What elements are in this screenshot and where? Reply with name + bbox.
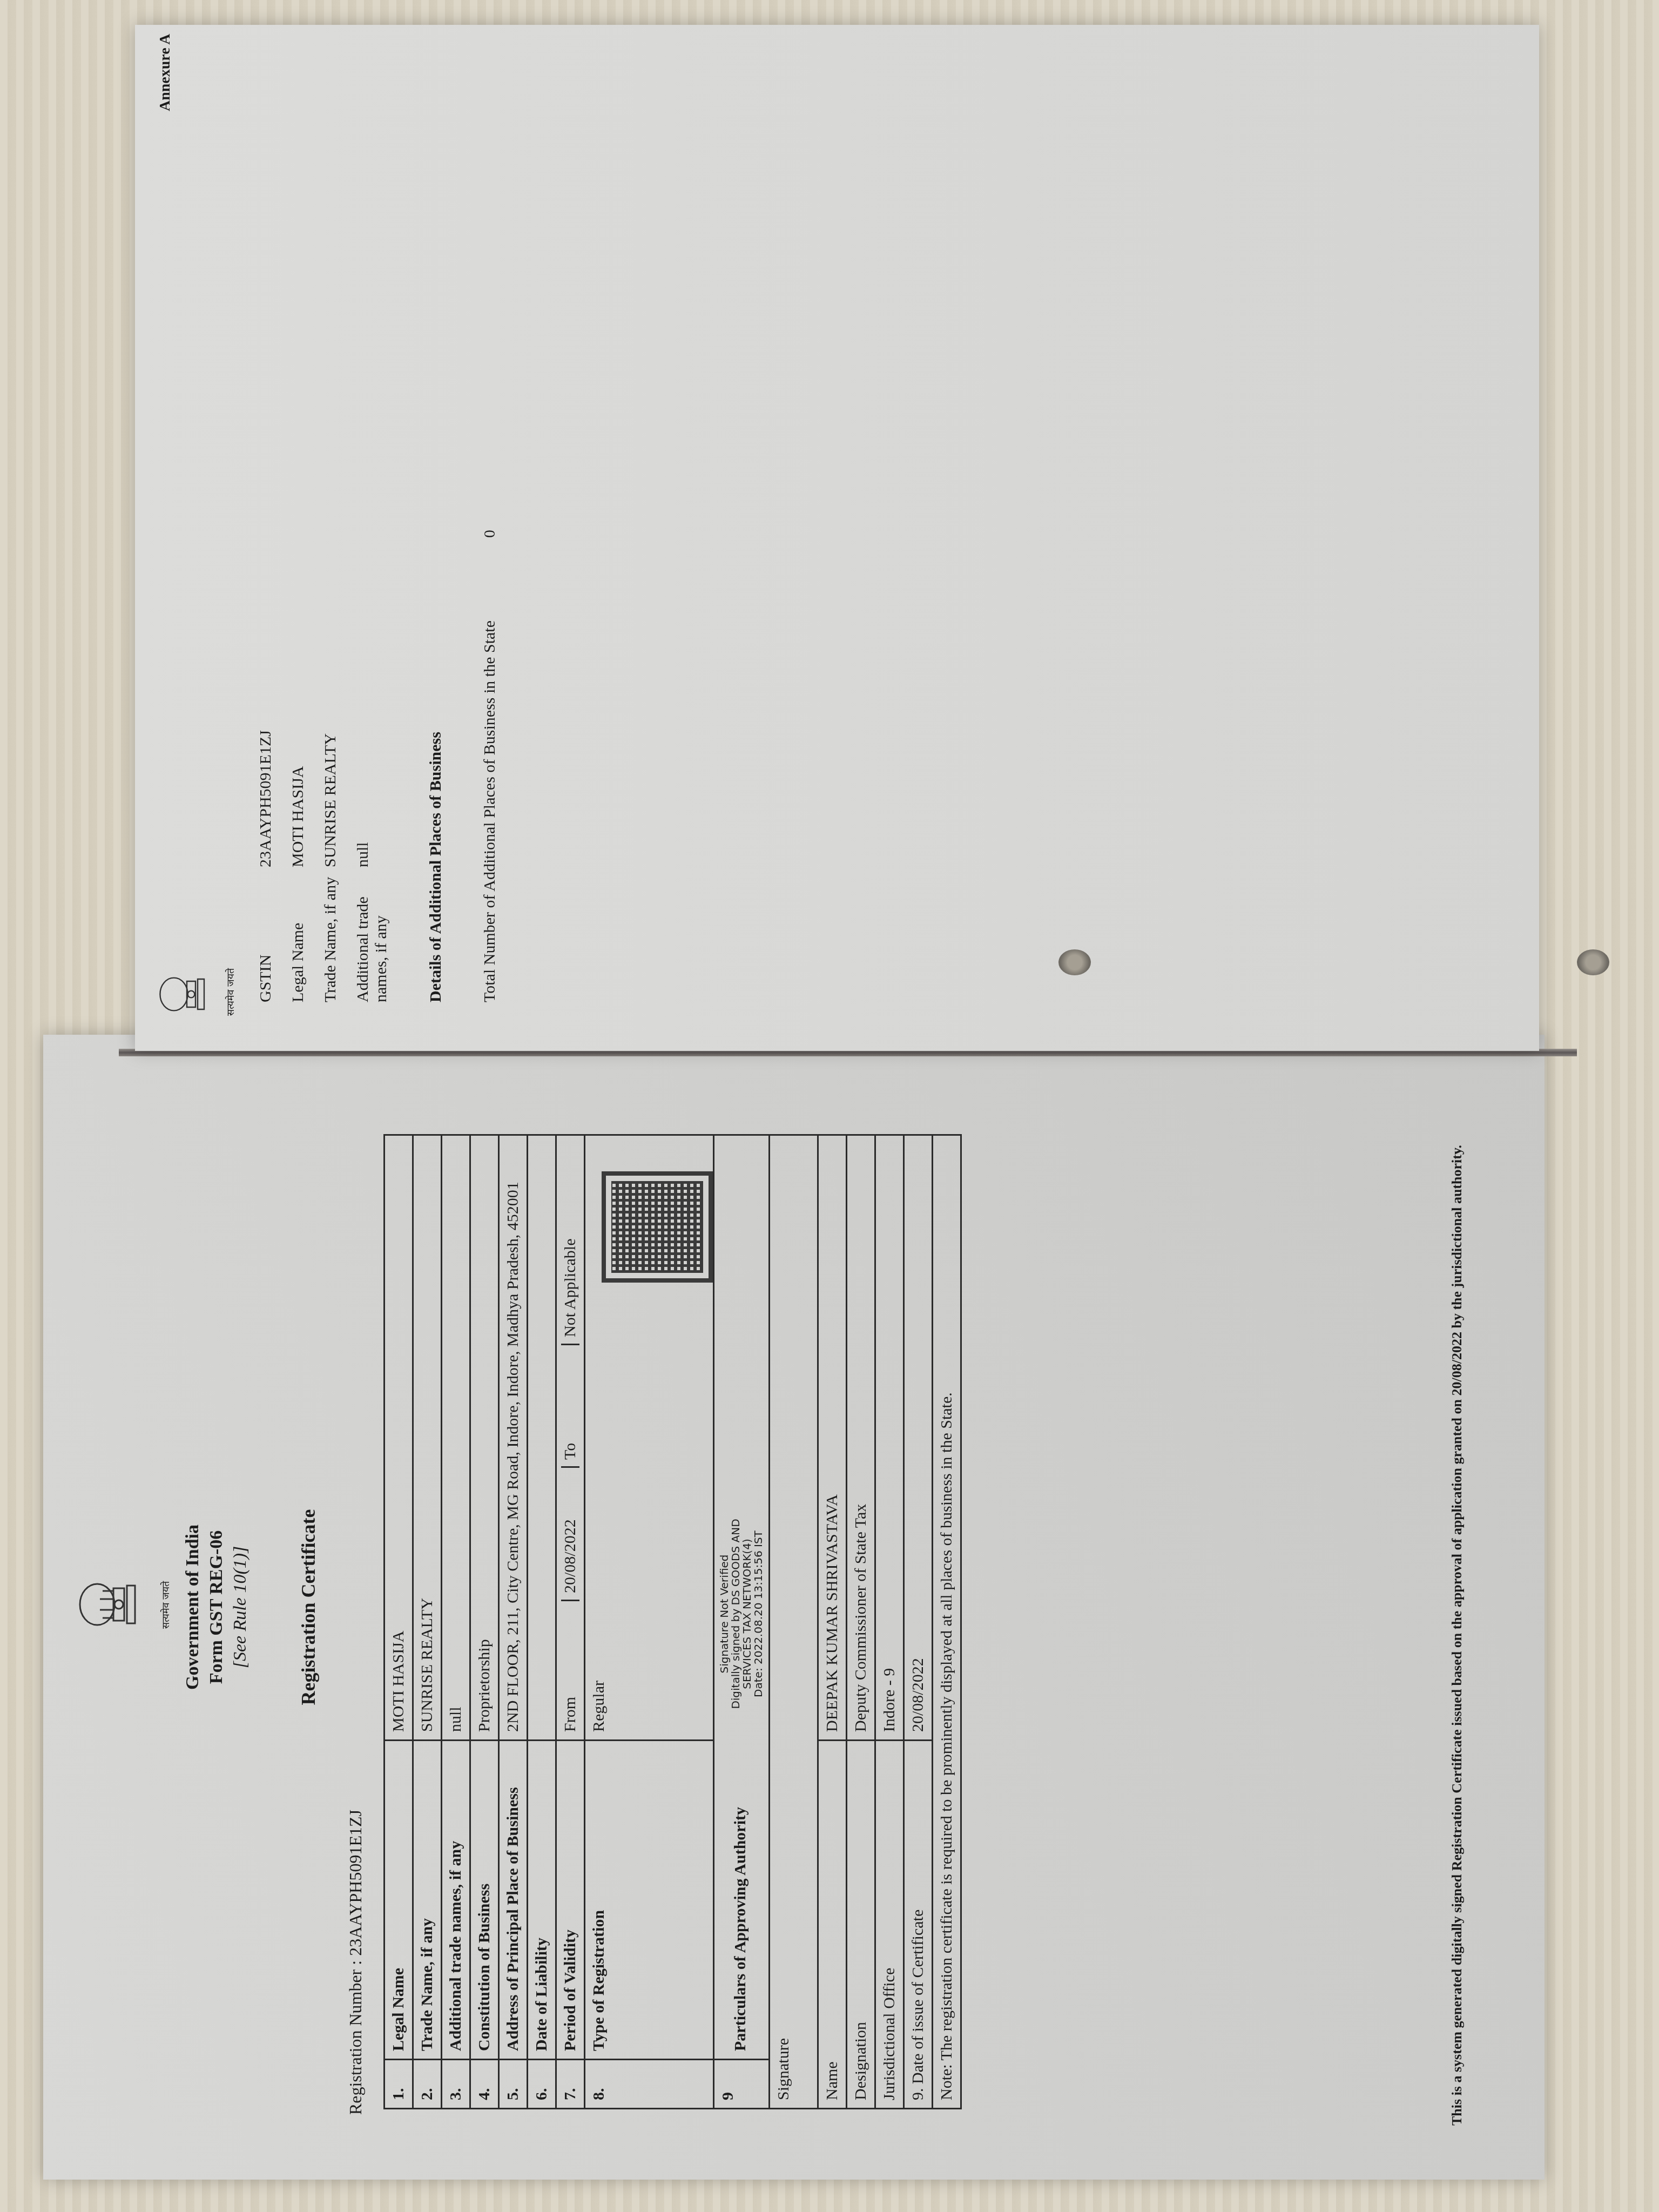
authority-label: Jurisdictional Office — [875, 1741, 904, 2109]
punch-hole — [1577, 949, 1609, 975]
annexure-field-value: MOTI HASIJA — [289, 766, 307, 868]
row-value: 2ND FLOOR, 211, City Centre, MG Road, In… — [499, 1135, 528, 1741]
additional-places-title: Details of Additional Places of Business — [427, 732, 445, 1002]
row-label: Address of Principal Place of Business — [499, 1741, 528, 2060]
annexure-field-label: Trade Name, if any — [321, 877, 340, 1002]
row-label: Additional trade names, if any — [442, 1741, 470, 2060]
signature-signed-by: Digitally signed by DS GOODS AND SERVICE… — [730, 1506, 753, 1722]
authority-value: 20/08/2022 — [904, 1135, 933, 1741]
table-row: 1. Legal Name MOTI HASIJA — [385, 1135, 413, 2109]
row-number: 3. — [442, 2060, 470, 2109]
annexure-page: Annexure A सत्यमेव जयते GSTIN 23AAYPH509… — [135, 25, 1539, 1051]
table-row: 8. Type of Registration Regular — [585, 1135, 714, 2109]
authority-value: DEEPAK KUMAR SHRIVASTAVA — [818, 1135, 847, 1741]
table-row: 6. Date of Liability — [528, 1135, 556, 2109]
qr-code-icon — [606, 1176, 709, 1278]
table-row: 5. Address of Principal Place of Busines… — [499, 1135, 528, 2109]
row-number: 6. — [528, 2060, 556, 2109]
row-number: 4. — [470, 2060, 499, 2109]
validity-to-date: Not Applicable — [561, 1232, 579, 1337]
row-value: SUNRISE REALTY — [413, 1135, 442, 1741]
emblem-caption: सत्यमेव जयते — [159, 1581, 172, 1629]
certificate-footer: This is a system generated digitally sig… — [1447, 1100, 1466, 2126]
approving-authority-cell: Particulars of Approving Authority Signa… — [714, 1135, 770, 2060]
row-number: 9 — [714, 2060, 770, 2109]
annexure-field-value: SUNRISE REALTY — [321, 733, 340, 867]
annexure-field-label: GSTIN — [257, 955, 275, 1002]
validity-to-label: To — [561, 1344, 579, 1460]
row-number: 1. — [385, 2060, 413, 2109]
row-label: Legal Name — [385, 1741, 413, 2060]
certificate-note: Note: The registration certificate is re… — [933, 1135, 961, 2109]
additional-places-count: 0 — [481, 530, 499, 538]
header-form: Form GST REG-06 — [205, 1418, 228, 1796]
authority-row: 9. Date of issue of Certificate 20/08/20… — [904, 1135, 933, 2109]
punch-hole — [1058, 949, 1091, 975]
registration-number-value: 23AAYPH5091E1ZJ — [346, 1810, 365, 1956]
authority-value: Indore - 9 — [875, 1135, 904, 1741]
emblem-caption: सत्यमेव जयते — [224, 968, 237, 1016]
table-row: 9 Particulars of Approving Authority Sig… — [714, 1135, 770, 2109]
national-emblem-icon — [157, 970, 221, 1019]
signature-date: Date: 2022.08.20 13:15:56 IST — [753, 1506, 764, 1722]
certificate-table: 1. Legal Name MOTI HASIJA 2. Trade Name,… — [383, 1134, 962, 2109]
authority-label: 9. Date of issue of Certificate — [904, 1741, 933, 2109]
validity-from-label: From — [561, 1600, 579, 1732]
table-row: 4. Constitution of Business Proprietorsh… — [470, 1135, 499, 2109]
national-emblem-icon — [76, 1575, 157, 1634]
row-number: 7. — [556, 2060, 585, 2109]
authority-label: Name — [818, 1741, 847, 2109]
authority-value: Deputy Commissioner of State Tax — [847, 1135, 875, 1741]
header-government: Government of India — [181, 1418, 205, 1796]
registration-number: Registration Number : 23AAYPH5091E1ZJ — [346, 1810, 366, 2115]
annexure-title: Annexure A — [157, 34, 174, 111]
signature-label: Signature — [770, 1135, 818, 2109]
table-row: Signature — [770, 1135, 818, 2109]
row-value: null — [442, 1135, 470, 1741]
digital-signature: Signature Not Verified Digitally signed … — [719, 1506, 764, 1722]
row-value — [528, 1135, 556, 1741]
registration-type-value: Regular — [590, 1681, 608, 1732]
row-number: 2. — [413, 2060, 442, 2109]
annexure-field-value: 23AAYPH5091E1ZJ — [257, 730, 275, 867]
validity-from-date: 20/08/2022 — [561, 1466, 579, 1593]
annexure-field-value: null — [354, 842, 372, 867]
authority-row: Name DEEPAK KUMAR SHRIVASTAVA — [818, 1135, 847, 2109]
additional-places-label: Total Number of Additional Places of Bus… — [481, 621, 499, 1002]
certificate-header: Government of India Form GST REG-06 [See… — [181, 1418, 253, 1796]
certificate-page: सत्यमेव जयते Government of India Form GS… — [43, 1035, 1545, 2180]
row-label: Trade Name, if any — [413, 1741, 442, 2060]
row-label: Date of Liability — [528, 1741, 556, 2060]
validity-period: From 20/08/2022 To Not Applicable — [556, 1135, 585, 1741]
photo-stage: सत्यमेव जयते Government of India Form GS… — [0, 0, 1659, 2212]
authority-row: Jurisdictional Office Indore - 9 — [875, 1135, 904, 2109]
note-row: Note: The registration certificate is re… — [933, 1135, 961, 2109]
row-value: Proprietorship — [470, 1135, 499, 1741]
table-row: 3. Additional trade names, if any null — [442, 1135, 470, 2109]
registration-type: Regular — [585, 1135, 714, 1741]
row-label: Particulars of Approving Authority — [731, 1807, 749, 2051]
signature-status: Signature Not Verified — [719, 1506, 730, 1722]
annexure-field-label: Additional trade names, if any — [354, 873, 390, 1002]
registration-number-label: Registration Number : — [346, 1960, 365, 2115]
row-number: 8. — [585, 2060, 714, 2109]
row-label: Type of Registration — [585, 1741, 714, 2060]
row-label: Period of Validity — [556, 1741, 585, 2060]
certificate-title: Registration Certificate — [297, 1418, 320, 1796]
authority-label: Designation — [847, 1741, 875, 2109]
row-number: 5. — [499, 2060, 528, 2109]
table-row: 7. Period of Validity From 20/08/2022 To… — [556, 1135, 585, 2109]
annexure-field-label: Legal Name — [289, 923, 307, 1002]
row-label: Constitution of Business — [470, 1741, 499, 2060]
authority-row: Designation Deputy Commissioner of State… — [847, 1135, 875, 2109]
header-rule: [See Rule 10(1)] — [228, 1418, 252, 1796]
table-row: 2. Trade Name, if any SUNRISE REALTY — [413, 1135, 442, 2109]
row-value: MOTI HASIJA — [385, 1135, 413, 1741]
